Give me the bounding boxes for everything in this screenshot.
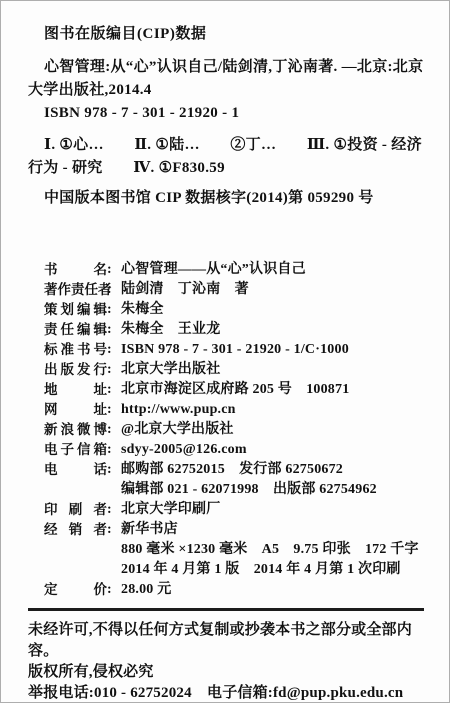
info-colon: : (107, 400, 117, 420)
info-colon: : (107, 260, 117, 280)
info-value: 新华书店 (121, 522, 178, 537)
separator-rule (28, 608, 424, 611)
info-colon: : (107, 500, 117, 520)
info-value: http://www.pup.cn (121, 402, 236, 417)
cip-title-line: 心智管理:从“心”认识自己/陆剑清,丁沁南著. —北京:北京大学出版社,2014… (28, 56, 424, 102)
info-colon: : (107, 340, 117, 360)
info-value: sdyy-2005@126.com (121, 442, 247, 457)
info-value: @北京大学出版社 (121, 422, 234, 437)
info-value: 880 毫米 ×1230 毫米 A5 9.75 印张 172 千字 (121, 542, 419, 557)
info-row-telephone-continued: 编辑部 021 - 62071998 出版部 62754962 (28, 480, 424, 500)
info-row-distributor: 经销者:新华书店 (28, 520, 424, 540)
info-value: 朱梅全 王业龙 (121, 322, 220, 337)
info-label: 印刷者 (44, 500, 107, 520)
info-label: 出版发行 (44, 360, 107, 380)
cip-isbn-line: ISBN 978 - 7 - 301 - 21920 - 1 (28, 102, 424, 125)
info-row-weibo: 新浪微博:@北京大学出版社 (28, 420, 424, 440)
info-value: 2014 年 4 月第 1 版 2014 年 4 月第 1 次印刷 (121, 562, 401, 577)
info-label: 标准书号 (44, 340, 107, 360)
info-colon: : (107, 360, 117, 380)
info-colon: : (107, 420, 117, 440)
info-value: 编辑部 021 - 62071998 出版部 62754962 (121, 482, 377, 497)
info-value: 心智管理——从“心”认识自己 (121, 262, 306, 277)
info-label: 电话 (44, 460, 107, 480)
info-row-standard-book-number: 标准书号:ISBN 978 - 7 - 301 - 21920 - 1/C·10… (28, 340, 424, 360)
info-colon: : (107, 520, 117, 540)
cip-record-line: 中国版本图书馆 CIP 数据核字(2014)第 059290 号 (28, 187, 424, 210)
cip-header: 图书在版编目(CIP)数据 (44, 23, 424, 46)
info-value: 28.00 元 (121, 582, 171, 597)
info-colon: : (107, 580, 117, 600)
publication-info-list: 书名:心智管理——从“心”认识自己 著作责任者:陆剑清 丁沁南 著 策划编辑:朱… (28, 260, 424, 600)
info-value: 陆剑清 丁沁南 著 (121, 282, 249, 297)
notice-line-report-contact: 举报电话:010 - 62752024 电子信箱:fd@pup.pku.edu.… (28, 683, 424, 703)
notice-line-rights-reserved: 版权所有,侵权必究 (28, 662, 424, 683)
info-label: 策划编辑 (44, 300, 107, 320)
info-colon: : (107, 460, 117, 480)
info-row-email: 电子信箱:sdyy-2005@126.com (28, 440, 424, 460)
info-value: 北京大学印刷厂 (121, 502, 220, 517)
info-row-website: 网址:http://www.pup.cn (28, 400, 424, 420)
info-row-price: 定价:28.00 元 (28, 580, 424, 600)
info-row-edition: 2014 年 4 月第 1 版 2014 年 4 月第 1 次印刷 (28, 560, 424, 580)
info-label: 新浪微博 (44, 420, 107, 440)
cip-classification-line: Ⅰ. ①心… Ⅱ. ①陆… ②丁… Ⅲ. ①投资 - 经济行为 - 研究 Ⅳ. … (28, 134, 424, 180)
info-value: ISBN 978 - 7 - 301 - 21920 - 1/C·1000 (121, 342, 349, 357)
info-colon: : (107, 280, 117, 300)
info-label: 地址 (44, 380, 107, 400)
info-label: 责任编辑 (44, 320, 107, 340)
info-value: 北京大学出版社 (121, 362, 220, 377)
info-label: 经销者 (44, 520, 107, 540)
info-colon: : (107, 320, 117, 340)
info-label: 定价 (44, 580, 107, 600)
info-row-telephone: 电话:邮购部 62752015 发行部 62750672 (28, 460, 424, 480)
info-colon: : (107, 380, 117, 400)
info-row-planning-editor: 策划编辑:朱梅全 (28, 300, 424, 320)
info-row-authors: 著作责任者:陆剑清 丁沁南 著 (28, 280, 424, 300)
legal-notice: 未经许可,不得以任何方式复制或抄袭本书之部分或全部内容。 版权所有,侵权必究 举… (28, 620, 424, 703)
info-label: 网址 (44, 400, 107, 420)
info-colon: : (107, 440, 117, 460)
info-row-publisher: 出版发行:北京大学出版社 (28, 360, 424, 380)
info-row-printer: 印刷者:北京大学印刷厂 (28, 500, 424, 520)
info-colon: : (107, 300, 117, 320)
info-row-format-spec: 880 毫米 ×1230 毫米 A5 9.75 印张 172 千字 (28, 540, 424, 560)
info-value: 北京市海淀区成府路 205 号 100871 (121, 382, 349, 397)
info-row-executive-editor: 责任编辑:朱梅全 王业龙 (28, 320, 424, 340)
info-row-book-title: 书名:心智管理——从“心”认识自己 (28, 260, 424, 280)
info-label: 著作责任者 (44, 280, 107, 300)
notice-line-no-copying: 未经许可,不得以任何方式复制或抄袭本书之部分或全部内容。 (28, 620, 424, 662)
info-label: 书名 (44, 260, 107, 280)
copyright-page: 图书在版编目(CIP)数据 心智管理:从“心”认识自己/陆剑清,丁沁南著. —北… (0, 0, 450, 703)
info-label: 电子信箱 (44, 440, 107, 460)
info-row-address: 地址:北京市海淀区成府路 205 号 100871 (28, 380, 424, 400)
info-value: 朱梅全 (121, 302, 164, 317)
info-value: 邮购部 62752015 发行部 62750672 (121, 462, 343, 477)
